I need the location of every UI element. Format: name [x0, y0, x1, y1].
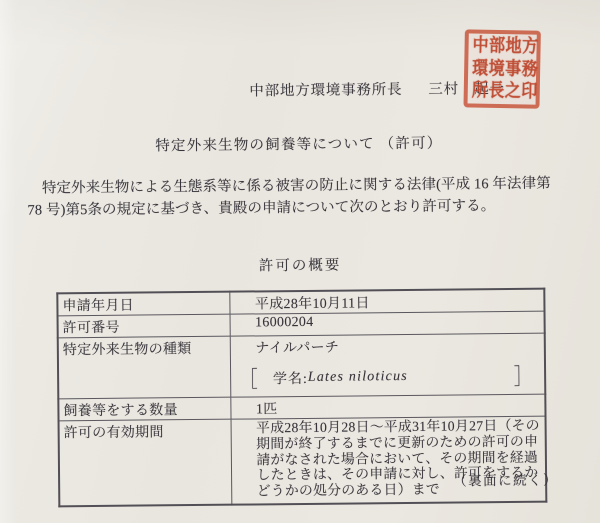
body-line: 78 号)第5条の規定に基づき、貴殿の申請について次のとおり許可する。: [27, 195, 583, 222]
row-label: 許可番号: [58, 314, 230, 338]
seal-row: 環境事務: [472, 58, 532, 80]
validity-period-text: 平成28年10月28日～平成31年10月27日（その期間が終了するまでに更新のた…: [256, 418, 542, 504]
document-title: 特定外来生物の飼養等について （許可）: [0, 130, 599, 157]
table-row-species: 特定外来生物の種類 ナイルパーチ ［ 学名: Lates niloticus ］: [58, 333, 546, 399]
row-value: 16000204: [230, 311, 545, 336]
row-value: 1匹: [230, 394, 545, 419]
continued-on-back-note: （裏面に続く）: [453, 469, 558, 490]
paper-page: 中部地方環境事務所長 三村 起一 中部地方 環境事務 所長之印 特定外来生物の飼…: [0, 0, 600, 523]
close-bracket: ］: [514, 359, 534, 391]
document-photo: 中部地方環境事務所長 三村 起一 中部地方 環境事務 所長之印 特定外来生物の飼…: [0, 0, 600, 523]
scientific-name-line: ［ 学名: Lates niloticus ］: [239, 362, 542, 392]
row-value: 平成28年10月28日～平成31年10月27日（その期間が終了するまでに更新のた…: [231, 416, 547, 505]
seal-row: 中部地方: [472, 35, 532, 57]
species-common-name: ナイルパーチ: [255, 335, 541, 358]
scientific-name-label: 学名:: [273, 367, 308, 387]
table-row-validity-period: 許可の有効期間 平成28年10月28日～平成31年10月27日（その期間が終了す…: [59, 416, 547, 506]
row-label: 許可の有効期間: [59, 419, 232, 506]
row-label: 特定外来生物の種類: [58, 336, 231, 399]
row-label: 申請年月日: [57, 292, 229, 316]
seal-row: 所長之印: [472, 80, 532, 102]
open-bracket: ［: [238, 362, 258, 394]
summary-heading: 許可の概要: [0, 251, 600, 278]
row-label: 飼養等をする数量: [58, 397, 230, 421]
official-seal-stamp: 中部地方 環境事務 所長之印: [463, 29, 540, 108]
row-value: ナイルパーチ ［ 学名: Lates niloticus ］: [230, 333, 546, 397]
scientific-name: Lates niloticus: [308, 368, 408, 385]
issuer-office: 中部地方環境事務所長: [249, 78, 402, 100]
row-value: 平成28年10月11日: [229, 289, 544, 315]
body-paragraph: 特定外来生物による生態系等に係る被害の防止に関する法律(平成 16 年法律第 7…: [27, 173, 583, 221]
